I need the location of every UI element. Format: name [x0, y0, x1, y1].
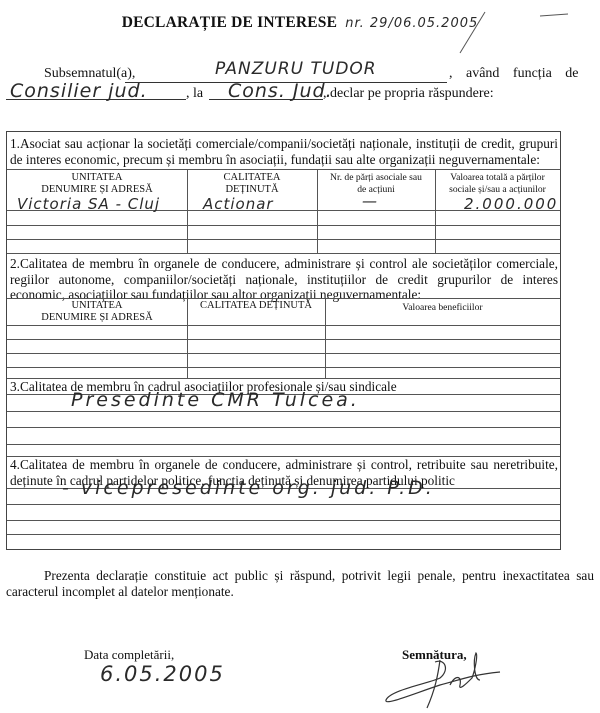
divider: [7, 504, 560, 505]
legal-statement: Prezenta declarație constituie act publi…: [6, 568, 594, 600]
divider: [325, 298, 326, 378]
date-label: Data completării,: [84, 647, 174, 663]
s1-col-unit: UNITATEA DENUMIRE ȘI ADRESĂ: [7, 172, 187, 196]
divider: [7, 169, 560, 170]
registration-slash-mark: [0, 0, 600, 60]
divider: [7, 367, 560, 368]
s1-col-role: CALITATEA DEȚINUTĂ: [187, 172, 317, 196]
divider: [7, 325, 560, 326]
s3-line1[interactable]: Presedinte CMR Tulcea.: [71, 389, 360, 411]
divider: [7, 520, 560, 521]
divider: [7, 298, 560, 299]
divider: [7, 411, 560, 412]
divider: [435, 169, 436, 253]
divider: [7, 253, 560, 254]
divider: [7, 339, 560, 340]
divider: [187, 298, 188, 378]
name-field[interactable]: PANZURU TUDOR: [215, 59, 377, 79]
divider: [317, 169, 318, 253]
function-label: , având funcția de: [449, 66, 595, 82]
institution-field[interactable]: Cons. Jud.: [228, 80, 333, 102]
function-field[interactable]: Consilier jud.: [10, 80, 148, 102]
divider: [7, 534, 560, 535]
s2-col-benefits: Valoarea beneficiilor: [325, 302, 560, 314]
s2-col-role: CALITATEA DEȚINUTĂ: [187, 300, 325, 312]
divider: [7, 427, 560, 428]
divider: [7, 225, 560, 226]
at-label: , la: [186, 86, 203, 102]
divider: [7, 353, 560, 354]
section2-heading: 2.Calitatea de membru în organele de con…: [10, 256, 558, 303]
declaration-table: 1.Asociat sau acționar la societăți come…: [6, 131, 561, 550]
divider: [187, 169, 188, 253]
completion-date[interactable]: 6.05.2005: [100, 662, 225, 686]
s4-line1[interactable]: - vicepresedinte org. jud. P.D.: [62, 477, 435, 499]
divider: [7, 444, 560, 445]
divider: [7, 239, 560, 240]
handwritten-signature: [380, 650, 530, 713]
s2-col-unit: UNITATEA DENUMIRE ȘI ADRESĂ: [7, 300, 187, 324]
section1-heading: 1.Asociat sau acționar la societăți come…: [10, 136, 558, 167]
s1-row1-unit[interactable]: Victoria SA - Cluj: [17, 195, 160, 213]
declare-label: , declar pe propria răspundere:: [323, 86, 494, 102]
s1-col-value: Valoarea totală a părților sociale și/sa…: [435, 172, 560, 196]
s1-row1-role[interactable]: Actionar: [203, 195, 274, 213]
s1-row1-value[interactable]: 2.000.000: [464, 195, 558, 213]
s1-row1-shares[interactable]: —: [362, 192, 378, 210]
